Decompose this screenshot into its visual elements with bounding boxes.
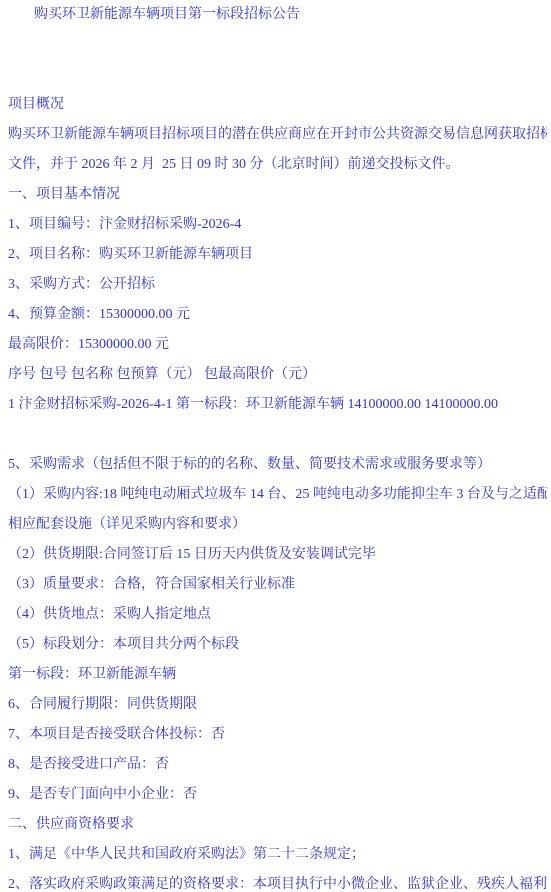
intro-paragraph-line-1: 购买环卫新能源车辆项目招标项目的潜在供应商应在开封市公共资源交易信息网获取招标 [8,120,547,150]
max-limit-price: 最高限价：15300000.00 元 [8,330,547,360]
consortium-bid: 7、本项目是否接受联合体投标：否 [8,720,547,750]
imported-products: 8、是否接受进口产品：否 [8,750,547,780]
section-qualification-heading: 二、供应商资格要求 [8,810,547,840]
demand-content-line-2: 相应配套设施（详见采购内容和要求） [8,510,547,540]
demand-lot-division: （5）标段划分：本项目共分两个标段 [8,630,547,660]
demand-lot-one: 第一标段：环卫新能源车辆 [8,660,547,690]
demand-delivery-place: （4）供货地点：采购人指定地点 [8,600,547,630]
qualification-item-1: 1、满足《中华人民共和国政府采购法》第二十二条规定； [8,840,547,870]
sme-only: 9、是否专门面向中小企业：否 [8,780,547,810]
project-name: 2、项目名称：购买环卫新能源车辆项目 [8,240,547,270]
contract-term: 6、合同履行期限：同供货期限 [8,690,547,720]
demand-heading: 5、采购需求（包括但不限于标的的名称、数量、简要技术需求或服务要求等） [8,450,547,480]
doc-title: 购买环卫新能源车辆项目第一标段招标公告 [8,0,547,30]
package-table-data-row: 1 汴金财招标采购-2026-4-1 第一标段：环卫新能源车辆 14100000… [8,390,547,420]
spacer [8,420,547,450]
project-number: 1、项目编号：汴金财招标采购-2026-4 [8,210,547,240]
demand-delivery-term: （2）供货期限:合同签订后 15 日历天内供货及安装调试完毕 [8,540,547,570]
spacer [8,30,547,90]
announcement-document: 购买环卫新能源车辆项目第一标段招标公告 项目概况 购买环卫新能源车辆项目招标项目… [0,0,551,892]
procurement-method: 3、采购方式：公开招标 [8,270,547,300]
demand-content-line-1: （1）采购内容:18 吨纯电动厢式垃圾车 14 台、25 吨纯电动多功能抑尘车 … [8,480,547,510]
package-table-header-row: 序号 包号 包名称 包预算（元） 包最高限价（元） [8,360,547,390]
overview-heading: 项目概况 [8,90,547,120]
intro-paragraph-line-2: 文件，并于 2026 年 2 月 25 日 09 时 30 分（北京时间）前递交… [8,150,547,180]
qualification-item-2: 2、落实政府采购政策满足的资格要求：本项目执行中小微企业、监狱企业、残疾人福利性 [8,870,547,892]
budget-amount: 4、预算金额：15300000.00 元 [8,300,547,330]
demand-quality: （3）质量要求：合格，符合国家相关行业标准 [8,570,547,600]
section-basic-info-heading: 一、项目基本情况 [8,180,547,210]
